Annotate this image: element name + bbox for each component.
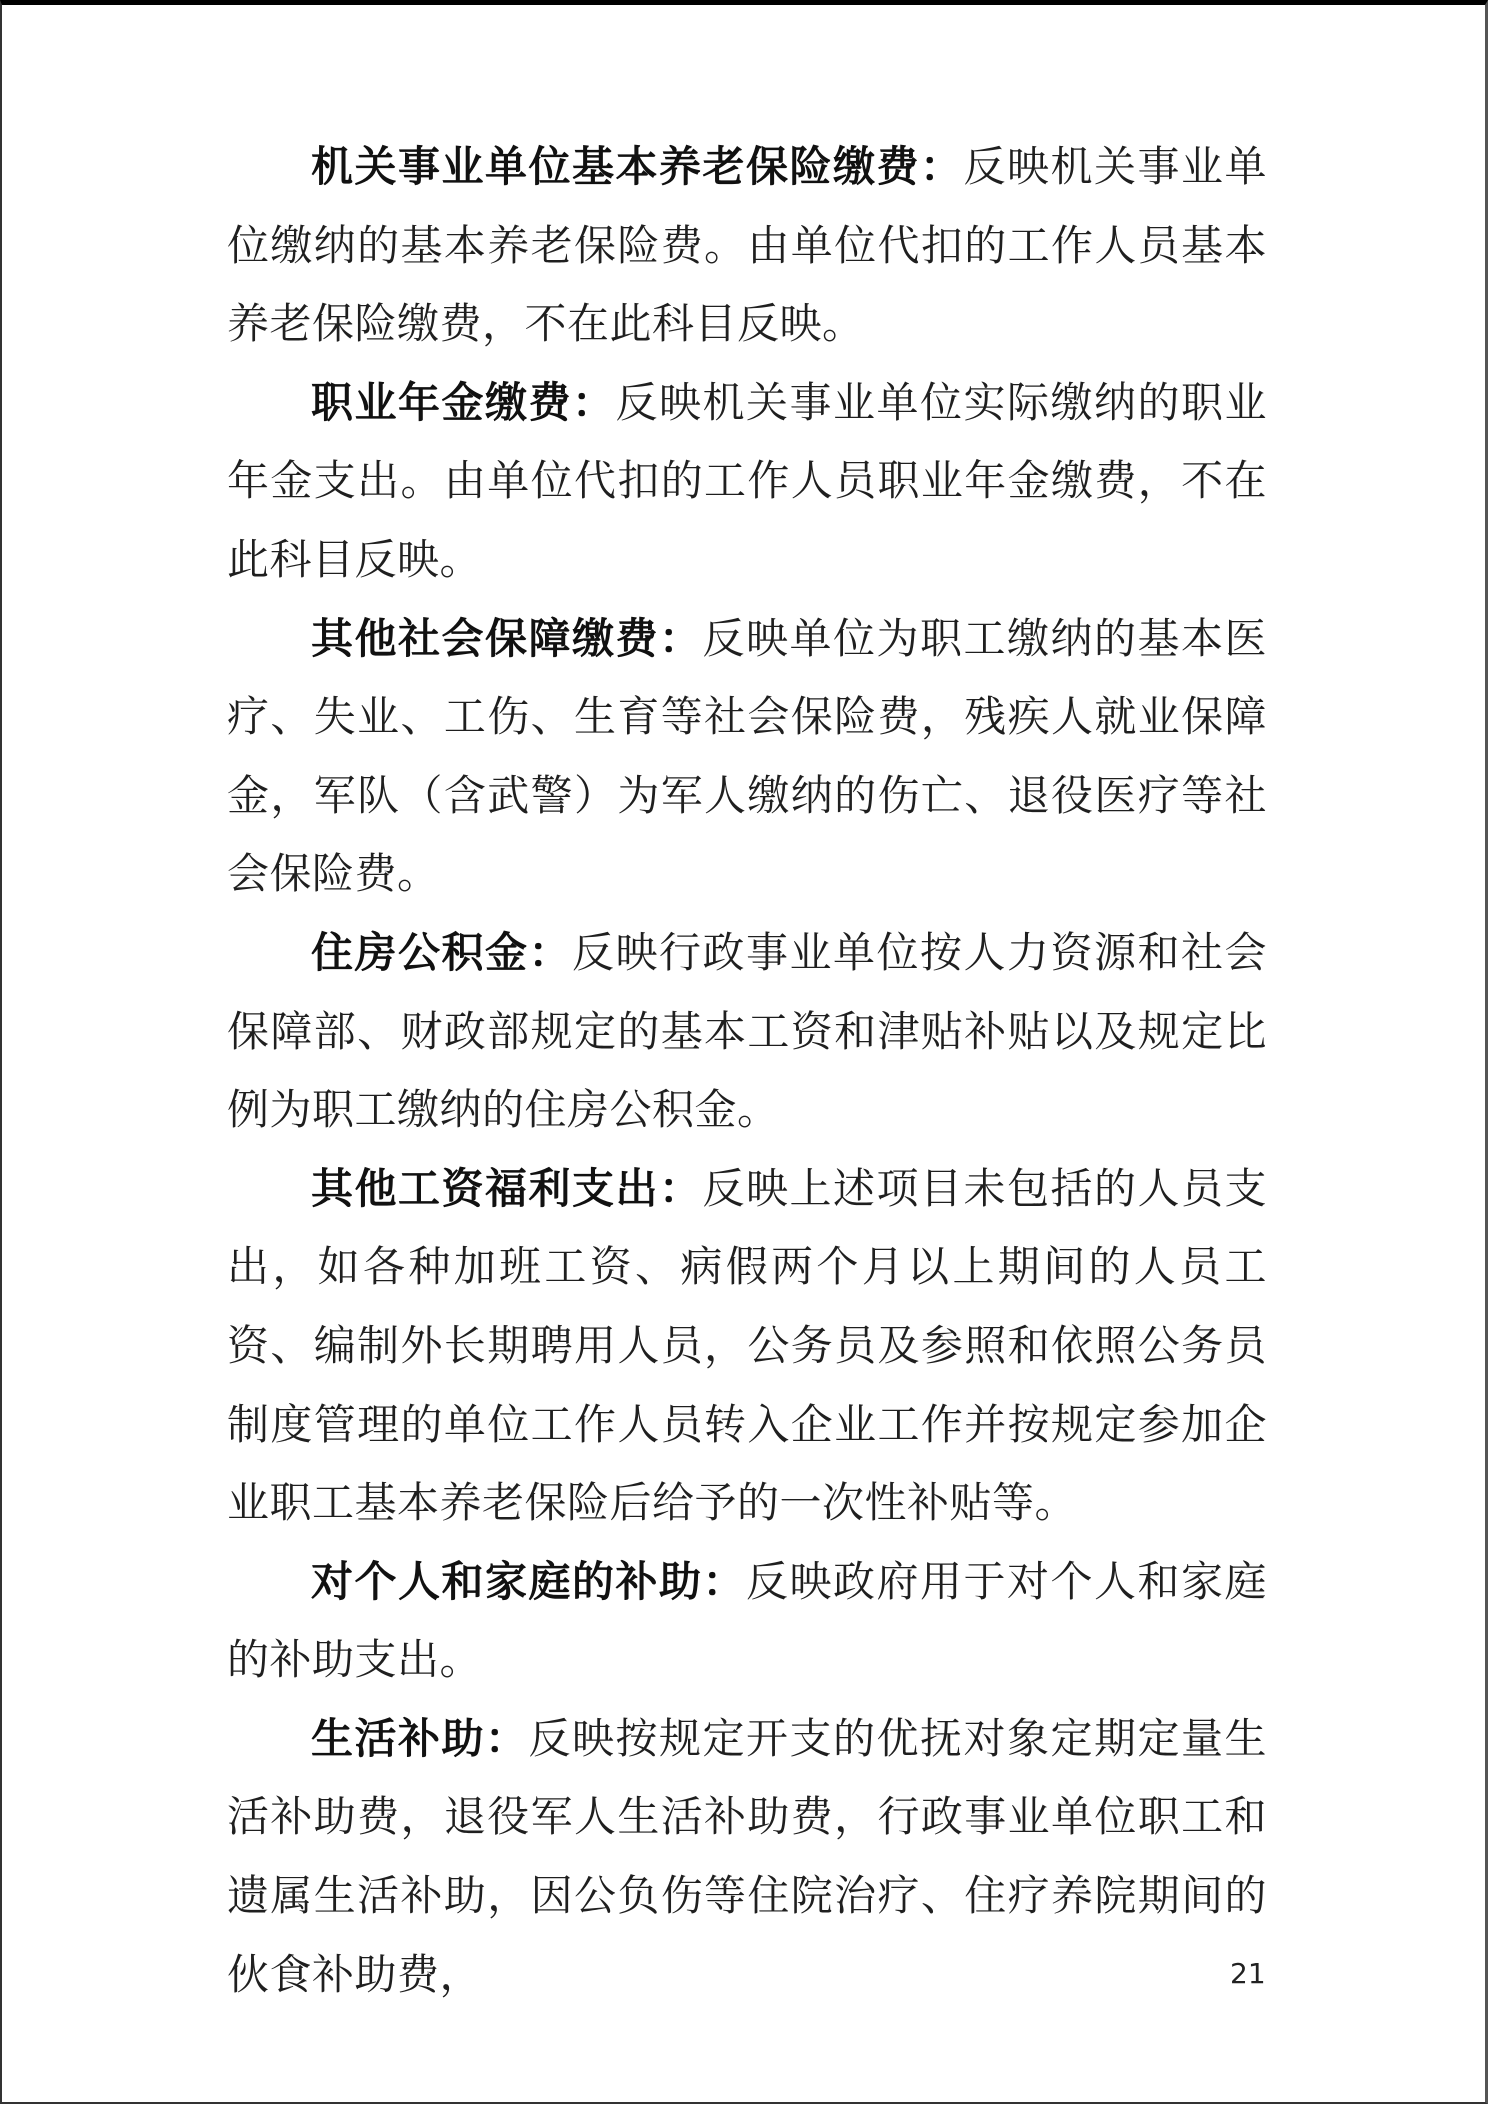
paragraph-3: 其他社会保障缴费：反映单位为职工缴纳的基本医疗、失业、工伤、生育等社会保险费，残… bbox=[227, 601, 1267, 915]
paragraph-lead: 对个人和家庭的补助： bbox=[311, 1560, 746, 1606]
paragraph-lead: 机关事业单位基本养老保险缴费： bbox=[311, 145, 963, 191]
document-body: 机关事业单位基本养老保险缴费：反映机关事业单位缴纳的基本养老保险费。由单位代扣的… bbox=[227, 129, 1267, 2015]
paragraph-lead: 住房公积金： bbox=[311, 931, 572, 977]
paragraph-4: 住房公积金：反映行政事业单位按人力资源和社会保障部、财政部规定的基本工资和津贴补… bbox=[227, 915, 1267, 1151]
paragraph-body: 反映上述项目未包括的人员支出，如各种加班工资、病假两个月以上期间的人员工资、编制… bbox=[227, 1167, 1267, 1527]
paragraph-1: 机关事业单位基本养老保险缴费：反映机关事业单位缴纳的基本养老保险费。由单位代扣的… bbox=[227, 129, 1267, 365]
paragraph-7: 生活补助：反映按规定开支的优抚对象定期定量生活补助费，退役军人生活补助费，行政事… bbox=[227, 1701, 1267, 2015]
paragraph-2: 职业年金缴费：反映机关事业单位实际缴纳的职业年金支出。由单位代扣的工作人员职业年… bbox=[227, 365, 1267, 601]
paragraph-lead: 其他社会保障缴费： bbox=[311, 617, 703, 663]
paragraph-5: 其他工资福利支出：反映上述项目未包括的人员支出，如各种加班工资、病假两个月以上期… bbox=[227, 1151, 1267, 1544]
paragraph-6: 对个人和家庭的补助：反映政府用于对个人和家庭的补助支出。 bbox=[227, 1544, 1267, 1701]
page-number: 21 bbox=[1230, 1957, 1266, 1990]
paragraph-lead: 生活补助： bbox=[311, 1717, 529, 1763]
paragraph-lead: 其他工资福利支出： bbox=[311, 1167, 703, 1213]
paragraph-lead: 职业年金缴费： bbox=[311, 381, 616, 427]
document-page: 机关事业单位基本养老保险缴费：反映机关事业单位缴纳的基本养老保险费。由单位代扣的… bbox=[0, 0, 1488, 2104]
